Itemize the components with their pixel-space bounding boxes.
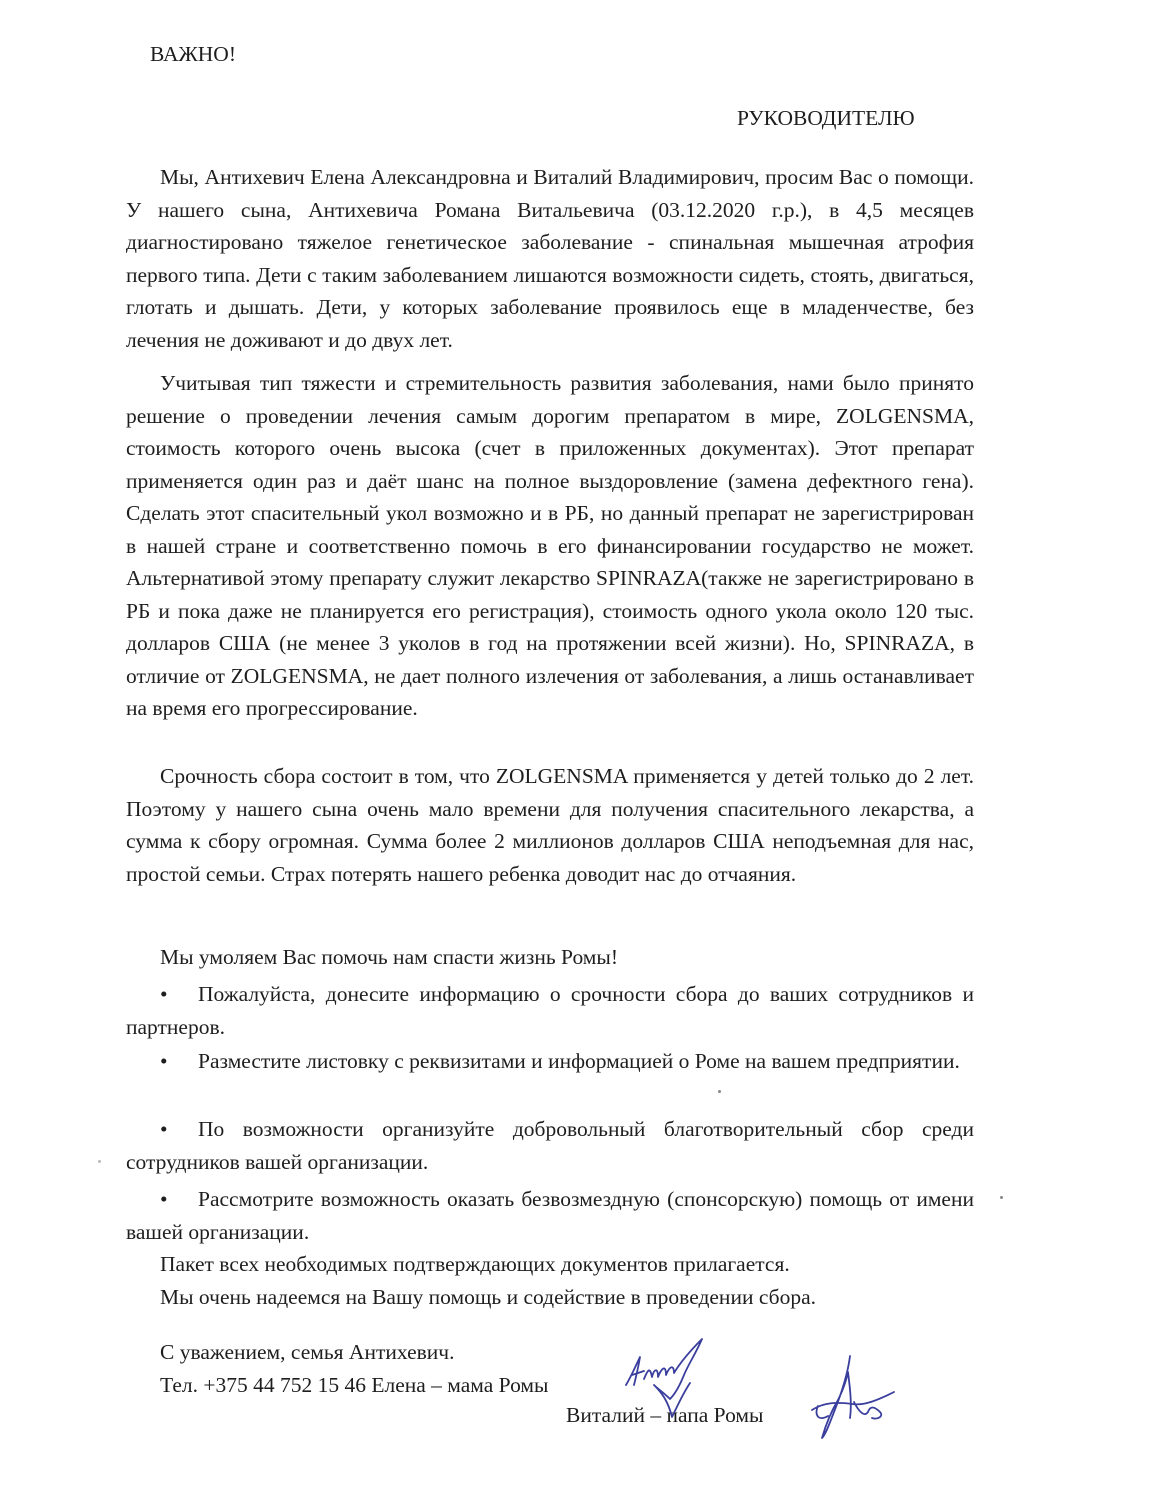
request-text: Рассмотрите возможность оказать безвозме… — [126, 1187, 974, 1244]
request-item: •Пожалуйста, донесите информацию о срочн… — [126, 978, 974, 1043]
paragraph-urgency: Срочность сбора состоит в том, что ZOLGE… — [126, 760, 974, 890]
request-text: Пожалуйста, донесите информацию о срочно… — [126, 982, 974, 1039]
regards-line: С уважением, семья Антихевич. — [160, 1340, 454, 1365]
paragraph-request: Мы, Антихевич Елена Александровна и Вита… — [126, 161, 974, 356]
request-text: По возможности организуйте добровольный … — [126, 1117, 974, 1174]
scan-speck — [1000, 1196, 1003, 1199]
plea-line: Мы умоляем Вас помочь нам спасти жизнь Р… — [160, 945, 618, 970]
letter-page: ВАЖНО! РУКОВОДИТЕЛЮ Мы, Антихевич Елена … — [0, 0, 1166, 1507]
request-item: •По возможности организуйте добровольный… — [126, 1113, 974, 1178]
closing-hope-line: Мы очень надеемся на Вашу помощь и содей… — [160, 1285, 816, 1310]
request-text: Разместите листовку с реквизитами и инфо… — [198, 1049, 960, 1073]
father-signature-icon — [808, 1352, 898, 1442]
bullet-icon: • — [160, 978, 198, 1011]
closing-documents-line: Пакет всех необходимых подтверждающих до… — [160, 1252, 790, 1277]
phone-line: Тел. +375 44 752 15 46 Елена – мама Ромы — [160, 1373, 548, 1398]
scan-speck — [98, 1160, 101, 1163]
request-item: •Рассмотрите возможность оказать безвозм… — [126, 1183, 974, 1248]
recipient-heading: РУКОВОДИТЕЛЮ — [737, 106, 915, 131]
bullet-icon: • — [160, 1045, 198, 1078]
mother-signature-icon — [618, 1335, 738, 1425]
bullet-icon: • — [160, 1183, 198, 1216]
request-item: •Разместите листовку с реквизитами и инф… — [126, 1045, 974, 1078]
scan-speck — [718, 1090, 721, 1093]
paragraph-treatment: Учитывая тип тяжести и стремительность р… — [126, 367, 974, 725]
bullet-icon: • — [160, 1113, 198, 1146]
important-heading: ВАЖНО! — [150, 42, 236, 67]
